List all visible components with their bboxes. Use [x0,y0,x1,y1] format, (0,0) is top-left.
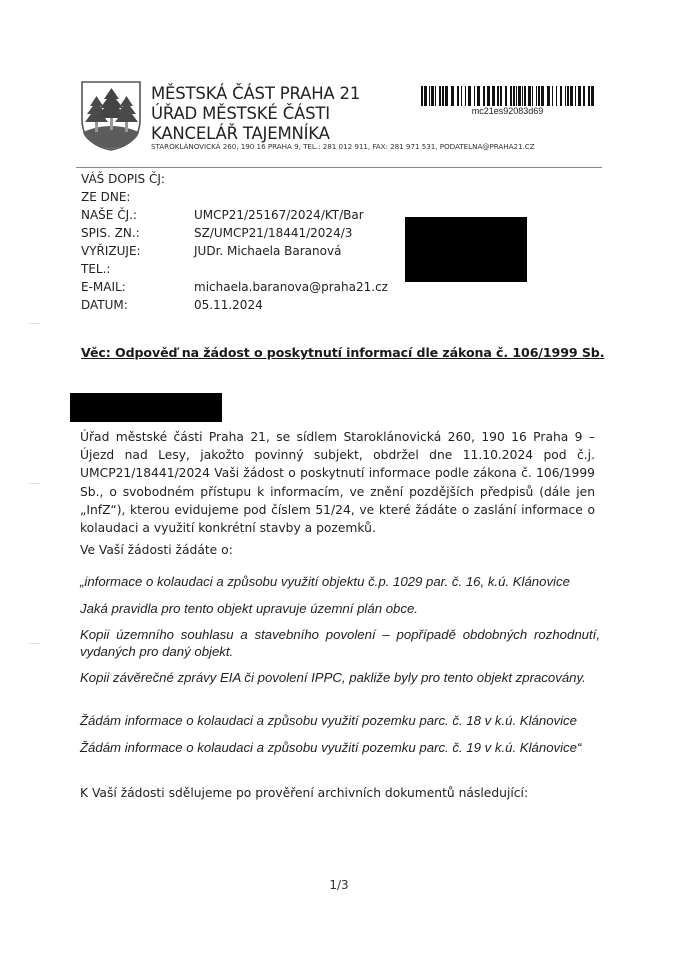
meta-label: NAŠE ČJ.: [81,208,137,222]
meta-label: DATUM: [81,298,128,312]
request-item: Kopii závěrečné zprávy EIA či povolení I… [80,670,600,687]
fold-mark [28,483,40,484]
meta-value: 05.11.2024 [194,298,263,312]
closing-statement: K Vaší žádosti sdělujeme po prověření ar… [80,784,595,802]
org-name-line-3: KANCELÁŘ TAJEMNÍKA [151,124,330,144]
meta-label: E-MAIL: [81,280,126,294]
request-item: „informace o kolaudaci a způsobu využití… [80,574,600,591]
meta-value: UMCP21/25167/2024/KT/Bar [194,208,364,222]
fold-mark [28,643,40,644]
barcode-icon [420,86,595,106]
meta-label: VYŘIZUJE: [81,244,141,258]
request-lead: Ve Vaší žádosti žádáte o: [80,541,595,559]
meta-value: JUDr. Michaela Baranová [194,244,341,258]
fold-mark [28,323,40,324]
barcode-number: mc21es92083d69 [420,106,595,116]
intro-paragraph: Úřad městské části Praha 21, se sídlem S… [80,428,595,537]
request-item: Kopii územního souhlasu a stavebního pov… [80,627,600,660]
meta-label: ZE DNE: [81,190,130,204]
request-item: Žádám informace o kolaudaci a způsobu vy… [80,740,600,757]
redacted-recipient-address [405,217,527,282]
coat-of-arms-logo-icon [80,80,142,152]
request-item: Žádám informace o kolaudaci a způsobu vy… [80,713,600,730]
header-separator [76,167,602,168]
request-item: Jaká pravidla pro tento objekt upravuje … [80,601,600,618]
org-address: STAROKLÁNOVICKÁ 260, 190 16 PRAHA 9, TEL… [151,142,535,151]
page-number: 1/3 [0,878,678,892]
meta-label: SPIS. ZN.: [81,226,140,240]
org-name-line-2: ÚŘAD MĚSTSKÉ ČÁSTI [151,104,330,124]
letter-subject: Věc: Odpověď na žádost o poskytnutí info… [81,345,604,360]
meta-value: michaela.baranova@praha21.cz [194,280,388,294]
meta-label: TEL.: [81,262,110,276]
org-name-line-1: MĚSTSKÁ ČÁST PRAHA 21 [151,84,360,104]
redacted-salutation [70,393,222,422]
meta-label: VÁŠ DOPIS ČJ: [81,172,165,186]
meta-value: SZ/UMCP21/18441/2024/3 [194,226,352,240]
